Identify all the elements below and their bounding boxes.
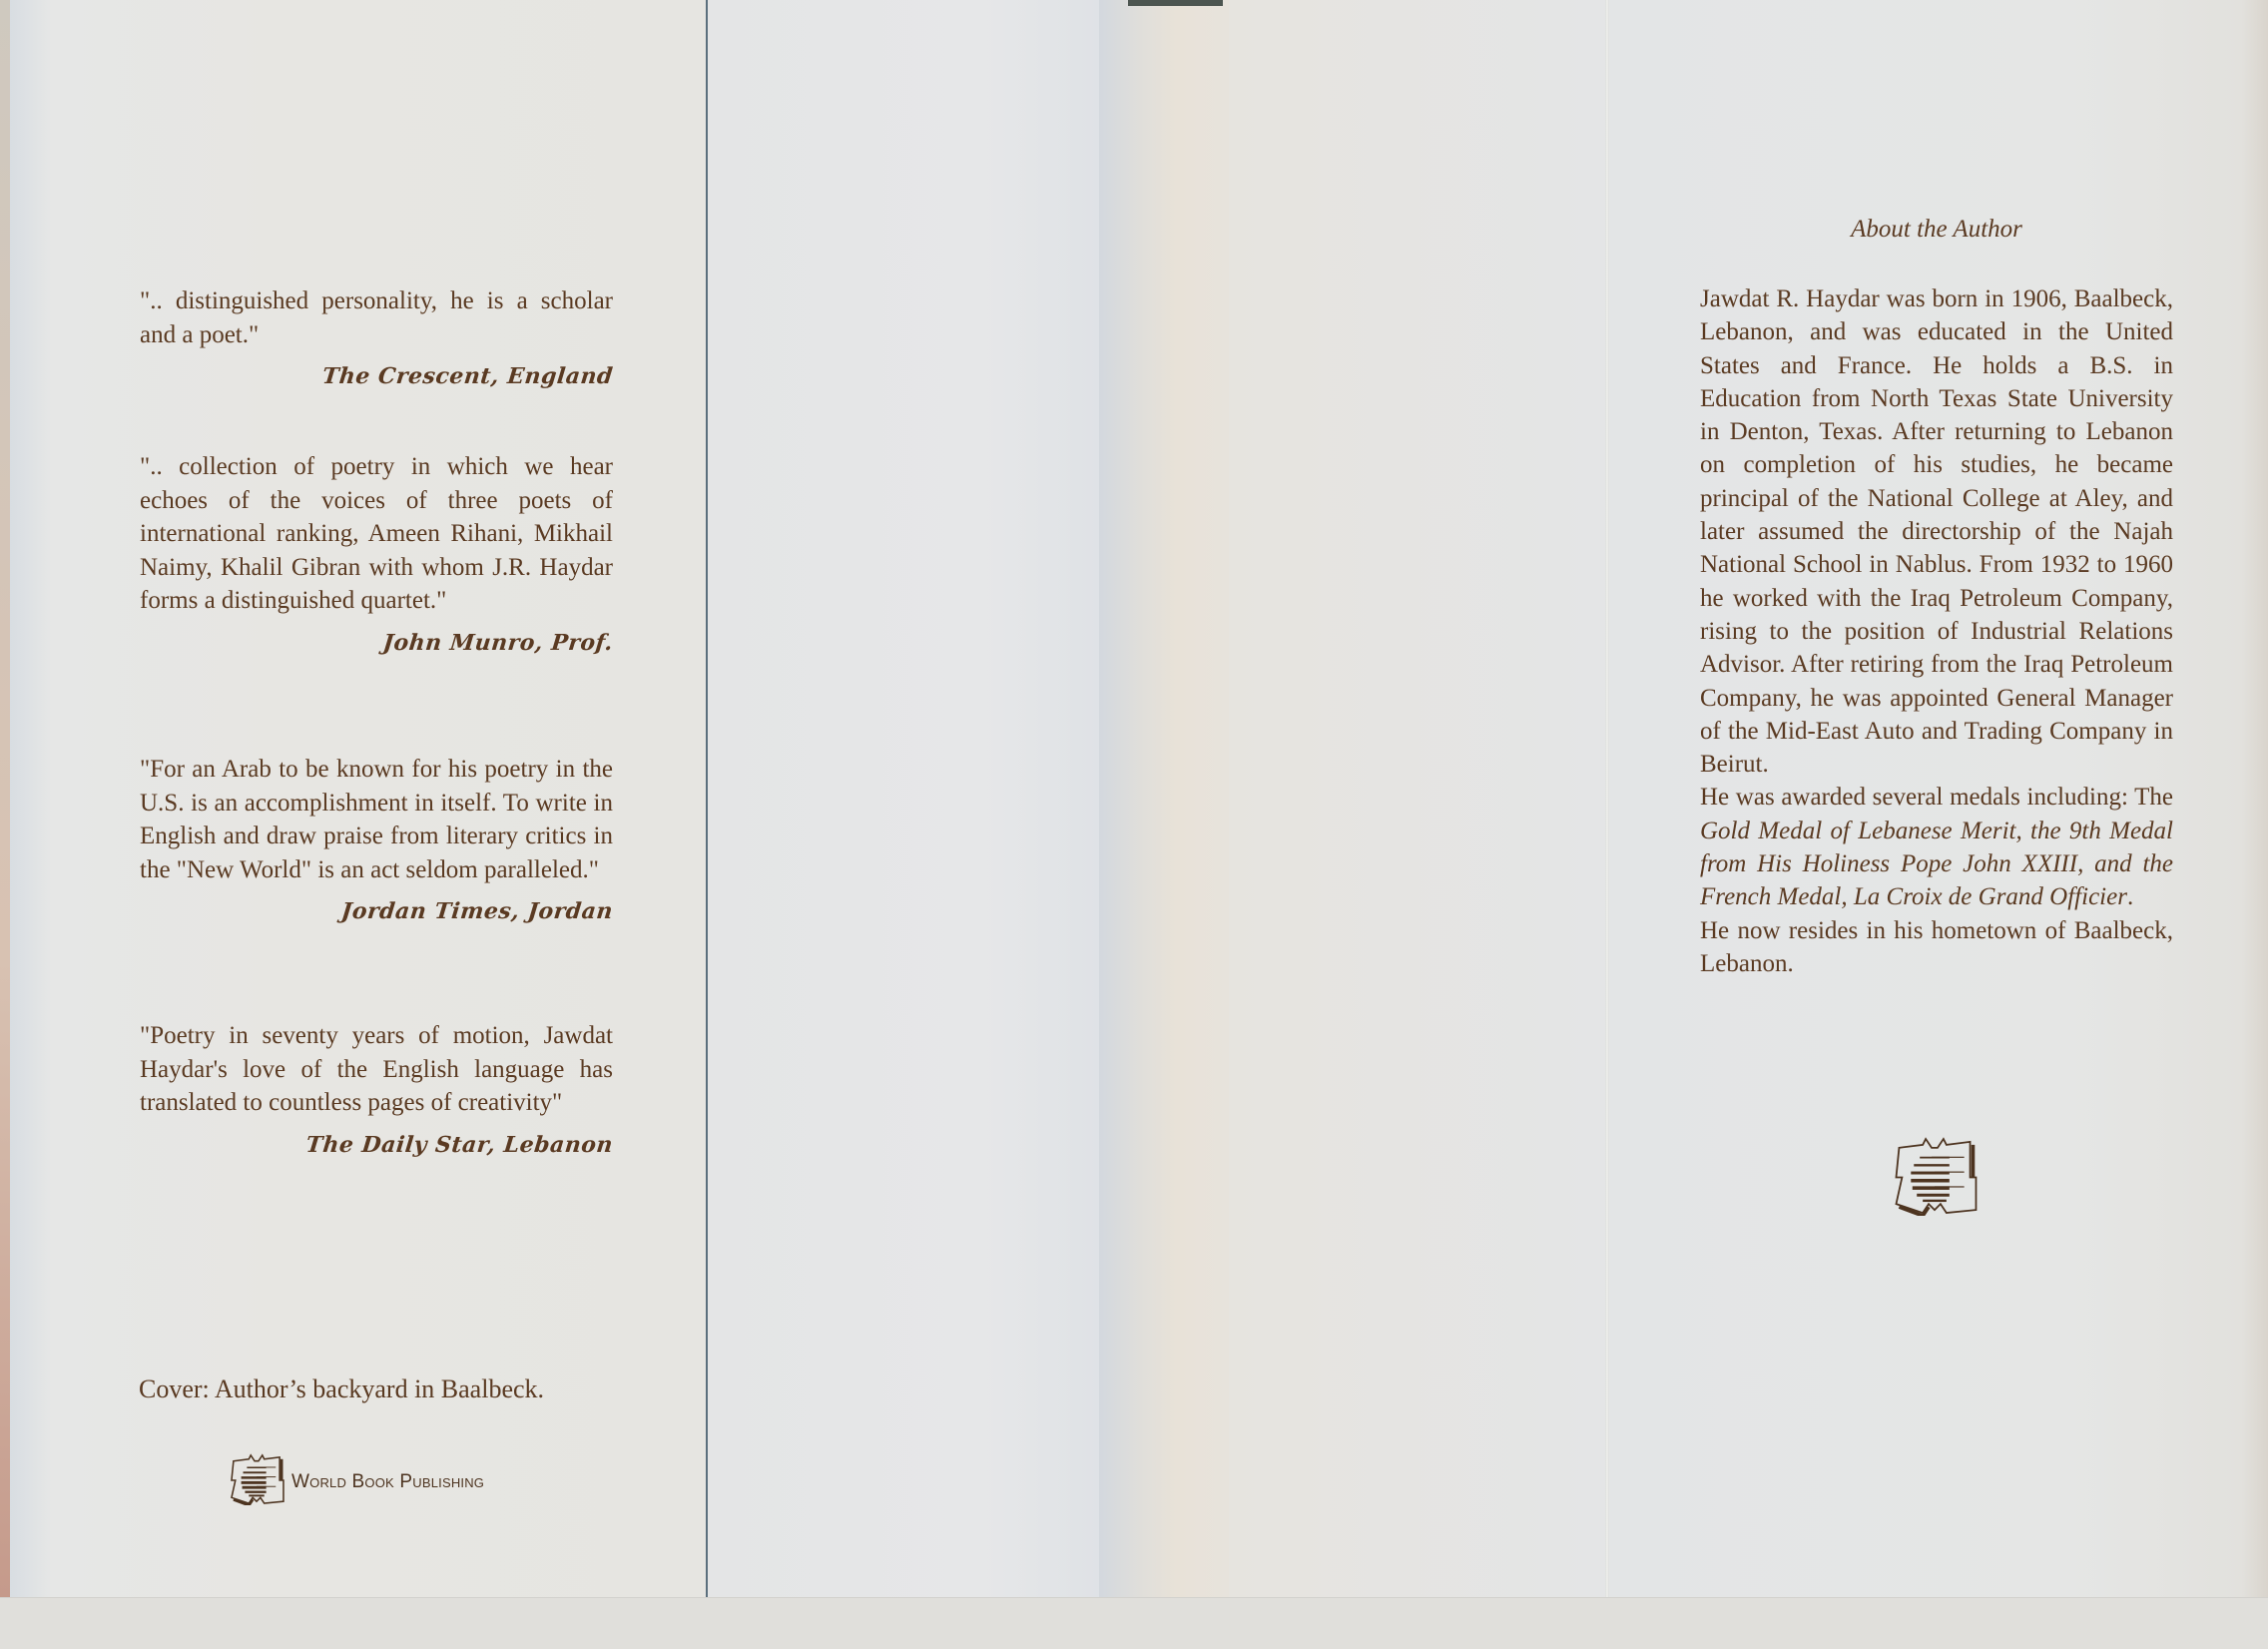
quote-source: Jordan Times, Jordan: [139, 898, 615, 924]
review-quote-4: "Poetry in seventy years of motion, Jawd…: [140, 1019, 613, 1158]
inner-panel-right: [1229, 0, 1608, 1597]
quote-source: The Daily Star, Lebanon: [139, 1132, 615, 1158]
cover-caption: Cover: Author’s backyard in Baalbeck.: [139, 1374, 544, 1404]
quote-source: John Munro, Prof.: [139, 630, 615, 656]
bio-paragraph-residence: He now resides in his hometown of Baalbe…: [1700, 914, 2173, 981]
medals-end: .: [2127, 883, 2133, 910]
quote-text: "Poetry in seventy years of motion, Jawd…: [140, 1019, 613, 1120]
cover-edge: [0, 0, 10, 1597]
medals-list: Gold Medal of Lebanese Merit, the 9th Me…: [1700, 818, 2173, 911]
book-jacket-scan: ".. distinguished personality, he is a s…: [0, 0, 2268, 1649]
bio-paragraph-medals: He was awarded several medals including:…: [1700, 781, 2173, 913]
medals-intro: He was awarded several medals including:…: [1700, 784, 2173, 811]
quote-source: The Crescent, England: [139, 363, 615, 389]
publisher-logo-icon: [228, 1453, 285, 1510]
publisher-logo-icon: [1890, 1136, 1980, 1221]
inner-panel-left: [708, 0, 1099, 1597]
spine-edge: [1128, 0, 1223, 6]
author-biography: Jawdat R. Haydar was born in 1906, Baalb…: [1700, 282, 2173, 980]
review-quote-2: ".. collection of poetry in which we hea…: [140, 450, 613, 656]
about-the-author-heading: About the Author: [1697, 216, 2176, 244]
bio-paragraph-career: Jawdat R. Haydar was born in 1906, Baalb…: [1700, 282, 2173, 781]
quote-text: ".. collection of poetry in which we hea…: [140, 450, 613, 618]
quote-text: ".. distinguished personality, he is a s…: [140, 284, 613, 351]
quote-text: "For an Arab to be known for his poetry …: [140, 753, 613, 886]
review-quote-1: ".. distinguished personality, he is a s…: [140, 284, 613, 389]
review-quote-3: "For an Arab to be known for his poetry …: [140, 753, 613, 924]
publisher-name: World Book Publishing: [291, 1471, 484, 1493]
publisher-imprint: World Book Publishing: [228, 1453, 484, 1510]
scanner-bed-margin: [0, 1597, 2268, 1649]
spine-gutter: [1099, 0, 1229, 1597]
